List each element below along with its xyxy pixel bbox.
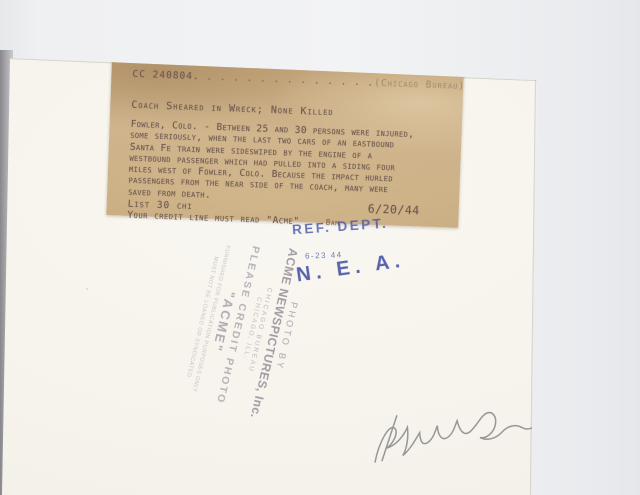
bureau-label: (Chicago Bureau)	[374, 78, 465, 92]
typed-date: 6/20/44	[368, 204, 420, 217]
serial-line: CC 240804. . . . . . . . . . . . . .(Chi…	[132, 69, 455, 93]
serial-number: CC 240804.	[132, 69, 200, 82]
dust-specks	[0, 0, 2, 2]
pencil-signature-strokes	[366, 397, 574, 480]
caption-body: Fowler, Colo. - Between 25 and 30 person…	[128, 119, 454, 210]
photo-back-paper: CC 240804. . . . . . . . . . . . . .(Chi…	[0, 0, 640, 495]
scanned-press-photo-back: CC 240804. . . . . . . . . . . . . .(Chi…	[0, 0, 640, 495]
dot-leaders: . . . . . . . . . . . . .	[199, 71, 374, 88]
acme-diagonal-stamp: PHOTO BYACME NEWSPICTURES, Inc.CHICAGO B…	[176, 218, 314, 434]
typed-caption-slip: CC 240804. . . . . . . . . . . . . .(Chi…	[106, 60, 463, 228]
handwritten-inscription	[366, 397, 574, 480]
